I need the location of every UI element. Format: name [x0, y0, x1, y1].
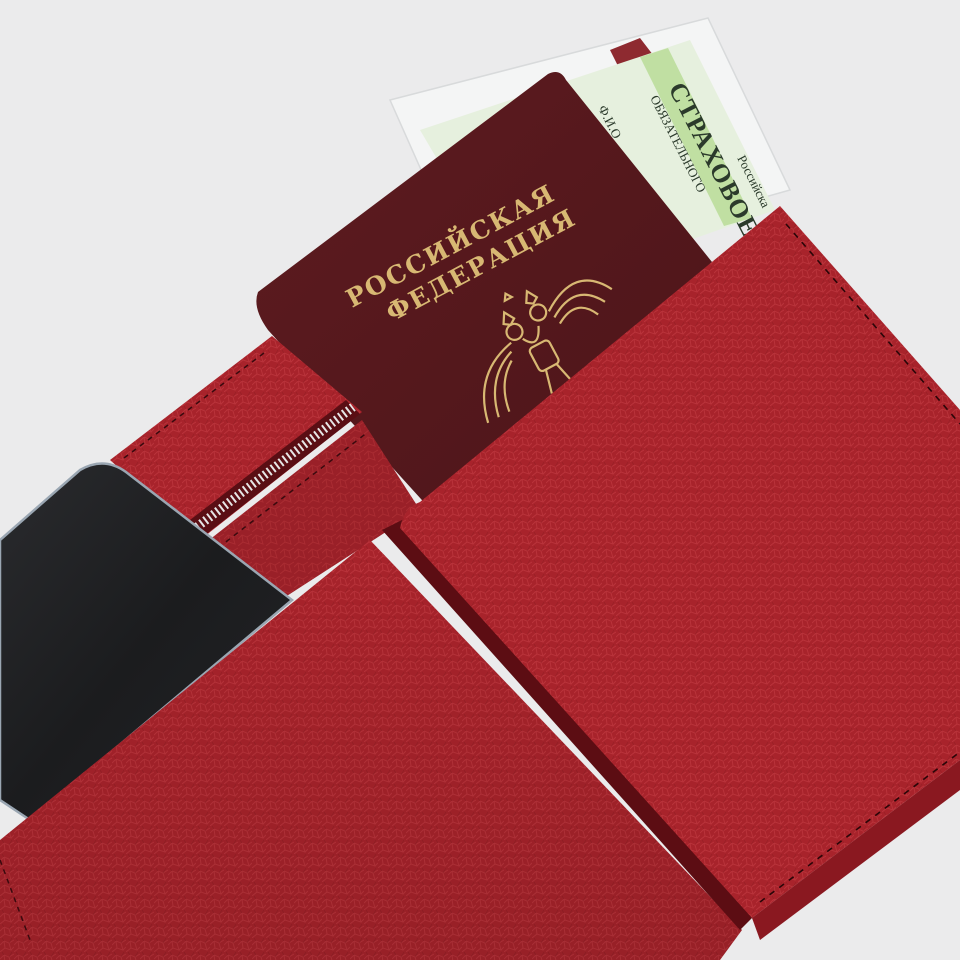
- wallet-illustration: СТРАХОВОЕ С ОБЯЗАТЕЛЬНОГО Ф.И.О Российск…: [0, 0, 960, 960]
- product-photo: СТРАХОВОЕ С ОБЯЗАТЕЛЬНОГО Ф.И.О Российск…: [0, 0, 960, 960]
